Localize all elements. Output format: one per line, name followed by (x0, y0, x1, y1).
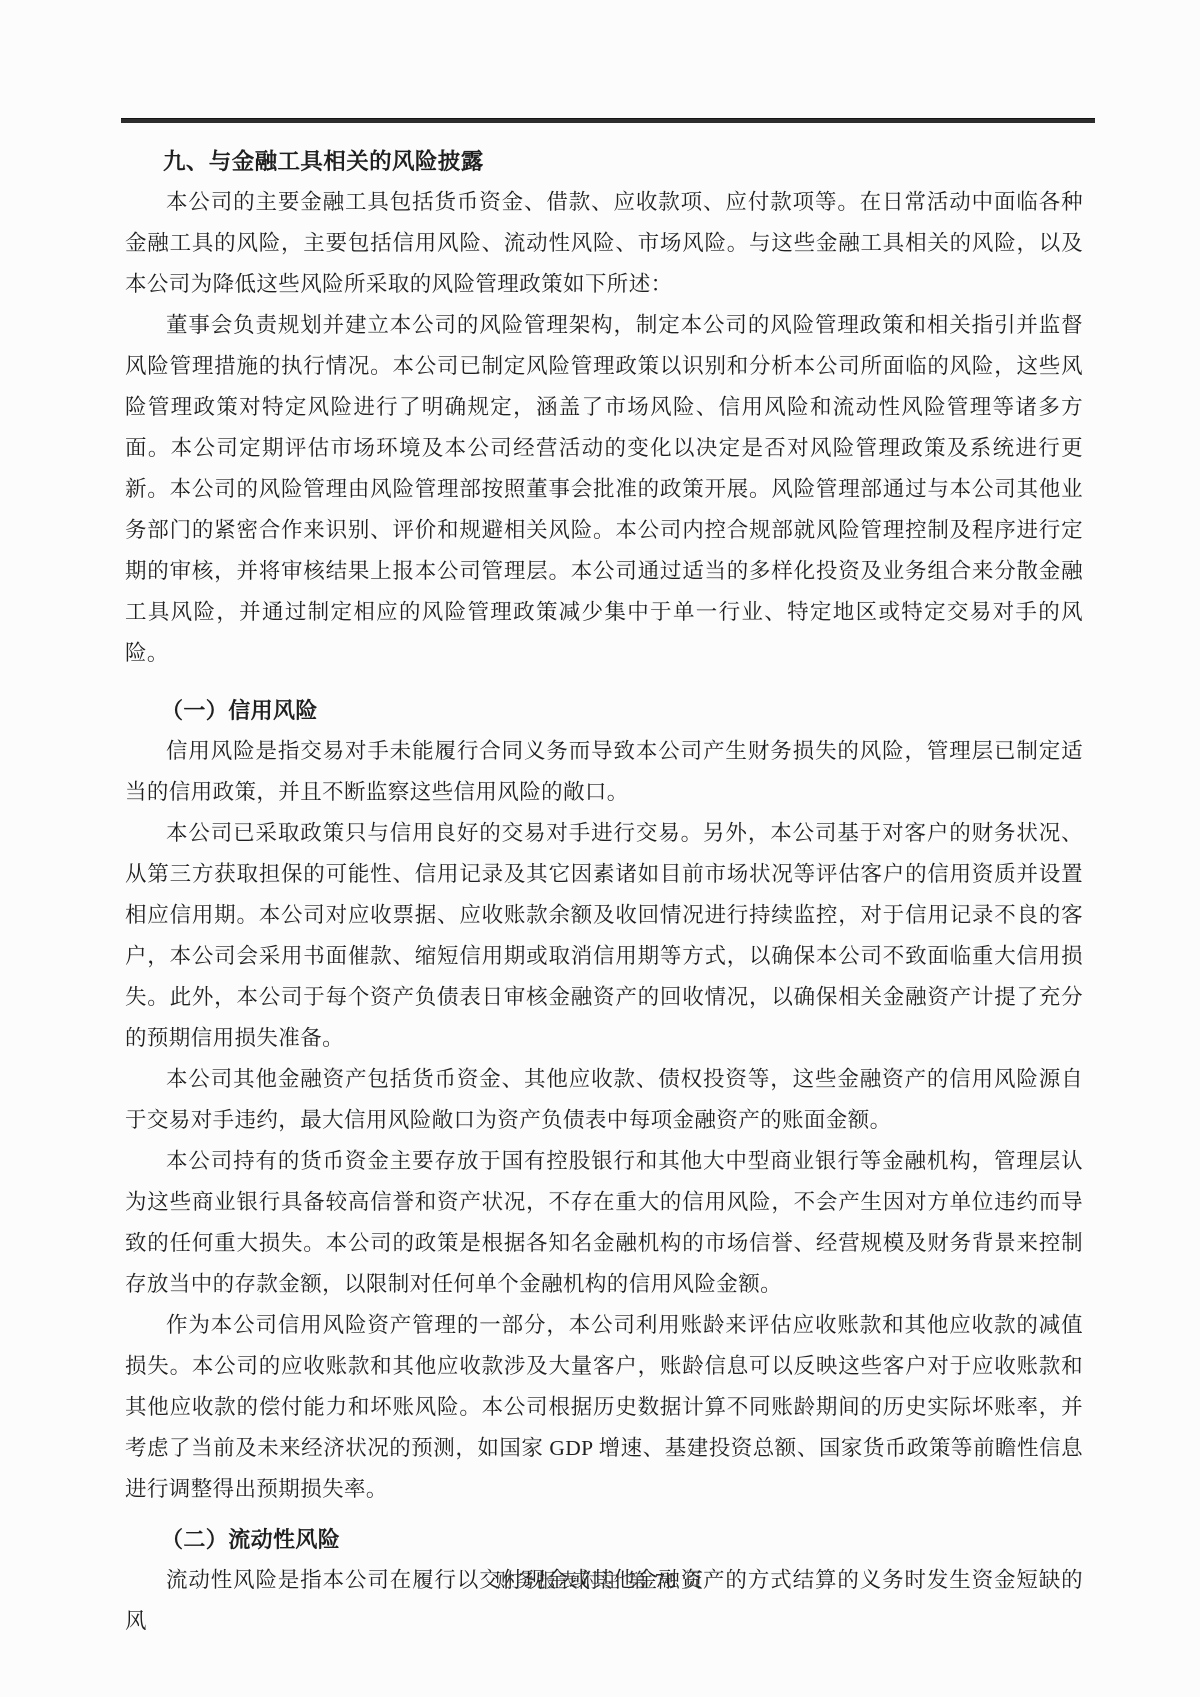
page-footer: 财务报表附注 第 70 页 (0, 1569, 1200, 1595)
report-page: 九、与金融工具相关的风险披露 本公司的主要金融工具包括货币资金、借款、应收款项、… (0, 0, 1200, 1697)
intro-paragraph-1: 本公司的主要金融工具包括货币资金、借款、应收款项、应付款项等。在日常活动中面临各… (125, 182, 1083, 305)
credit-risk-paragraph-4: 本公司持有的货币资金主要存放于国有控股银行和其他大中型商业银行等金融机构，管理层… (125, 1141, 1083, 1305)
credit-risk-paragraph-5: 作为本公司信用风险资产管理的一部分，本公司利用账龄来评估应收账款和其他应收款的减… (125, 1305, 1083, 1510)
credit-risk-paragraph-1: 信用风险是指交易对手未能履行合同义务而导致本公司产生财务损失的风险，管理层已制定… (125, 731, 1083, 813)
credit-risk-paragraph-2: 本公司已采取政策只与信用良好的交易对手进行交易。另外，本公司基于对客户的财务状况… (125, 813, 1083, 1059)
credit-risk-paragraph-3: 本公司其他金融资产包括货币资金、其他应收款、债权投资等，这些金融资产的信用风险源… (125, 1059, 1083, 1141)
document-body: 九、与金融工具相关的风险披露 本公司的主要金融工具包括货币资金、借款、应收款项、… (125, 141, 1083, 1642)
subsection-heading-liquidity-risk: （二）流动性风险 (125, 1519, 1083, 1560)
subsection-heading-credit-risk: （一）信用风险 (125, 690, 1083, 731)
header-rule (121, 118, 1095, 123)
intro-paragraph-2: 董事会负责规划并建立本公司的风险管理架构，制定本公司的风险管理政策和相关指引并监… (125, 305, 1083, 674)
chapter-title: 九、与金融工具相关的风险披露 (125, 141, 1083, 182)
